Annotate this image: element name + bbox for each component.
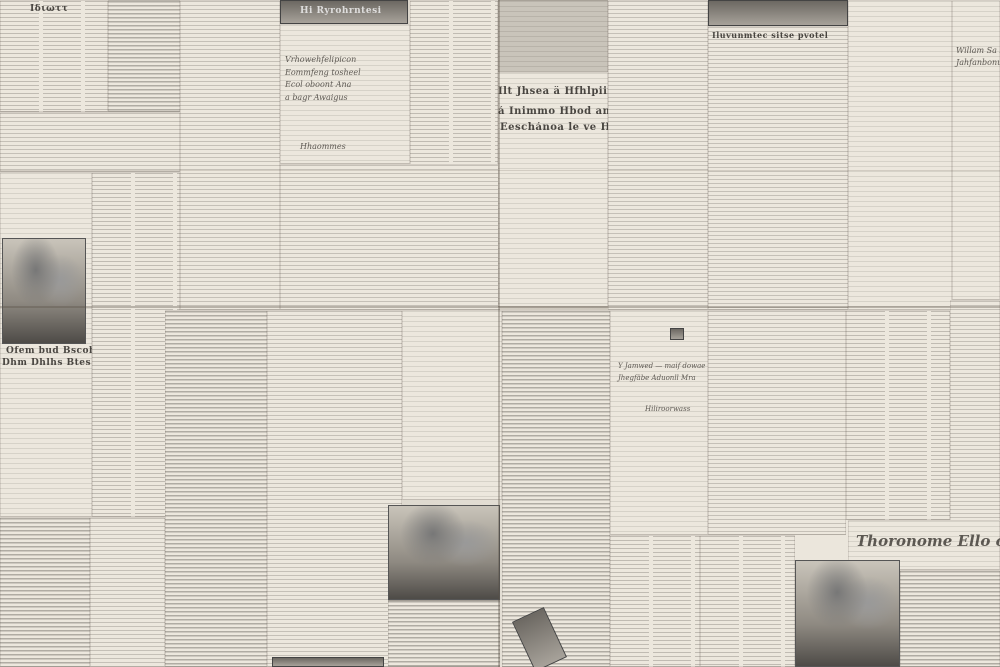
clipping [502, 310, 610, 667]
script-note: Jhegfäbe Aduonll Mra [618, 374, 696, 382]
script-note: Eommfeng tosheel [285, 68, 361, 77]
clipping [950, 300, 1000, 530]
garden-illustration [2, 238, 86, 344]
horizontal-fold [0, 306, 1000, 308]
clipping [280, 164, 500, 310]
clipping [402, 310, 502, 500]
clipping [410, 0, 498, 165]
script-note: Willam Sa Ma [956, 46, 1000, 55]
banner-text: Hi Ryrohrntesi [300, 6, 382, 16]
script-signature: Hhaommes [300, 142, 346, 151]
script-note: a bagr Awaigus [285, 93, 348, 102]
clipping [708, 26, 848, 310]
script-signature: Hiliroorwass [645, 405, 690, 413]
plaza-illustration [795, 560, 900, 667]
clipping [846, 310, 950, 520]
clipping [848, 0, 952, 310]
clipping-dark-photo [498, 0, 608, 78]
clipping [108, 0, 180, 112]
clipping [700, 535, 795, 667]
center-headline: Eeschánoa le ve Hilt [500, 122, 624, 133]
top-right-banner-image [708, 0, 848, 26]
clipping [180, 0, 280, 310]
banner-caption: Iluvunmtec sitse pvotel [712, 30, 828, 40]
clipping [608, 0, 708, 310]
script-note: Y Jamwed — maif dowae [618, 362, 705, 370]
caption-headline: Dhm Dhlhs Btes [2, 358, 91, 368]
clipping [267, 310, 402, 667]
street-illustration [388, 505, 500, 600]
script-note: Vrhowehfelipicon [285, 55, 356, 64]
script-heading: Thoronome Ello onmel [856, 532, 1000, 550]
script-note: Ecol oboont Ana [285, 80, 351, 89]
clipping [165, 310, 267, 667]
clipping [90, 517, 165, 667]
clipping [900, 570, 1000, 667]
small-badge [670, 328, 684, 340]
masthead-text: Ιδιωττ [30, 4, 68, 14]
clipping-top-left [0, 0, 108, 112]
clipping [610, 535, 700, 667]
newspaper-collage: Ιδιωττ Ofem bud Bscobdel Dhm Dhlhs Btes … [0, 0, 1000, 667]
clipping [0, 112, 180, 172]
vertical-fold [498, 0, 500, 667]
clipping [388, 600, 500, 667]
clipping [708, 310, 846, 535]
clipping-script-letter [610, 310, 708, 535]
clipping-script-right [952, 0, 1000, 300]
clipping [0, 517, 90, 667]
clipping-left-illustrated [0, 172, 92, 517]
horizontal-fold [0, 170, 1000, 171]
script-note: Jahfanbonuyre [956, 58, 1000, 67]
bottom-banner [272, 657, 384, 667]
